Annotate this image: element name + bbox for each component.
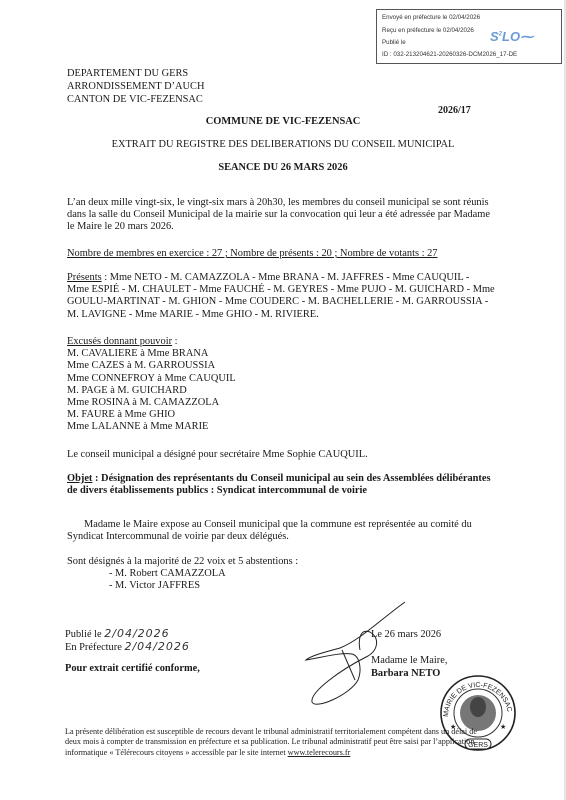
exposition-paragraph: Madame le Maire expose au Conseil munici… <box>67 519 517 543</box>
signature-scribble-icon <box>300 600 410 710</box>
arrondissement: ARRONDISSEMENT D’AUCH <box>67 80 205 93</box>
register-title: EXTRAIT DU REGISTRE DES DELIBERATIONS DU… <box>0 139 566 151</box>
designation-block: Sont désignés à la majorité de 22 voix e… <box>67 556 517 593</box>
legal-notice: La présente délibération est susceptible… <box>65 727 545 758</box>
prefecture-line: En Préfecture 2/04/2026 <box>65 641 190 654</box>
administrative-header: DEPARTEMENT DU GERS ARRONDISSEMENT D’AUC… <box>67 67 205 106</box>
telerecours-link[interactable]: www.telerecours.fr <box>288 748 351 757</box>
certified-line: Pour extrait certifié conforme, <box>65 663 200 675</box>
list-item: - M. Robert CAMAZZOLA <box>67 568 517 580</box>
object-paragraph: Objet : Désignation des représentants du… <box>67 473 517 497</box>
s2low-swoosh-icon: ⁓ <box>520 29 533 44</box>
canton: CANTON DE VIC-FEZENSAC <box>67 93 205 106</box>
list-item: Mme CONNEFROY à Mme CAUQUIL <box>67 373 517 385</box>
stamp-published: Publié le <box>382 39 406 46</box>
department: DEPARTEMENT DU GERS <box>67 67 205 80</box>
prefecture-stamp-box: Envoyé en préfecture le 02/04/2026 Reçu … <box>376 9 562 64</box>
excuses-label: Excusés donnant pouvoir <box>67 336 172 347</box>
list-item: Mme ROSINA à M. CAMAZZOLA <box>67 397 517 409</box>
handwritten-prefecture-date: 2/04/2026 <box>124 640 189 653</box>
intro-paragraph: L’an deux mille vingt-six, le vingt-six … <box>67 197 517 234</box>
excuses-list: Excusés donnant pouvoir : M. CAVALIERE à… <box>67 336 517 434</box>
list-item: M. PAGE à M. GUICHARD <box>67 385 517 397</box>
stamp-id: ID : 032-213204621-20260326-DCM2026_17-D… <box>382 51 517 58</box>
list-item: M. CAVALIERE à Mme BRANA <box>67 348 517 360</box>
secretary-line: Le conseil municipal a désigné pour secr… <box>67 449 517 461</box>
list-item: M. FAURE à Mme GHIO <box>67 409 517 421</box>
stamp-received: Reçu en préfecture le 02/04/2026 <box>382 27 474 34</box>
member-counts: Nombre de membres en exercice : 27 ; Nom… <box>67 248 517 260</box>
deliberation-number: 2026/17 <box>438 105 471 116</box>
presents-paragraph: Présents : Mme NETO - M. CAMAZZOLA - Mme… <box>67 272 517 321</box>
presents-label: Présents <box>67 272 102 283</box>
list-item: Mme LALANNE à Mme MARIE <box>67 421 517 433</box>
object-label: Objet <box>67 473 92 484</box>
session-title: SEANCE DU 26 MARS 2026 <box>0 162 566 174</box>
list-item: - M. Victor JAFFRES <box>67 580 517 592</box>
stamp-sent: Envoyé en préfecture le 02/04/2026 <box>382 14 480 21</box>
list-item: Mme CAZES à M. GARROUSSIA <box>67 360 517 372</box>
commune-title: COMMUNE DE VIC-FEZENSAC <box>0 116 566 128</box>
handwritten-published-date: 2/04/2026 <box>104 627 169 640</box>
s2low-logo: S2LO⁓ <box>490 29 533 45</box>
